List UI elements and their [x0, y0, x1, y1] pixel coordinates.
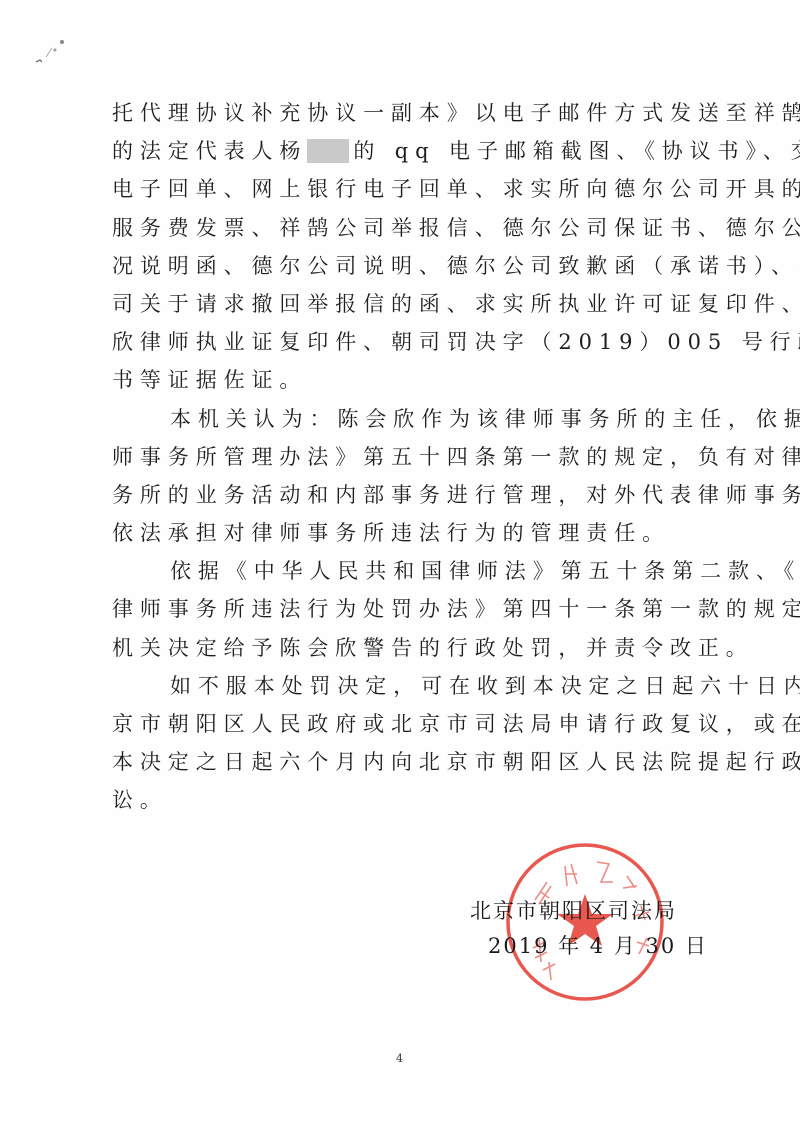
scan-artifact-mark: [28, 22, 78, 72]
text-line: 京市朝阳区人民政府或北京市司法局申请行政复议，或在收到: [112, 705, 698, 743]
text-line: 电子回单、网上银行电子回单、求实所向德尔公司开具的律师: [112, 170, 698, 208]
text-line: 服务费发票、祥鹄公司举报信、德尔公司保证书、德尔公司情: [112, 209, 698, 247]
paragraph-start-line: 依据《中华人民共和国律师法》第五十条第二款、《律师和: [112, 552, 698, 590]
document-page: 托代理协议补充协议一副本》以电子邮件方式发送至祥鹄公司 的法定代表人杨的 qq …: [0, 0, 800, 1133]
text-line: 托代理协议补充协议一副本》以电子邮件方式发送至祥鹄公司: [112, 94, 698, 132]
issue-date: 2019 年 4 月 30 日: [488, 930, 708, 960]
document-body: 托代理协议补充协议一副本》以电子邮件方式发送至祥鹄公司 的法定代表人杨的 qq …: [112, 94, 698, 820]
text-line: 师事务所管理办法》第五十四条第一款的规定，负有对律师事: [112, 438, 698, 476]
text-line: 欣律师执业证复印件、朝司罚决字（2019）005 号行政处罚决定: [112, 323, 698, 361]
text-segment: 的法定代表人杨: [112, 139, 307, 163]
paragraph-start-line: 本机关认为：陈会欣作为该律师事务所的主任，依据《律: [112, 400, 698, 438]
text-line: 本决定之日起六个月内向北京市朝阳区人民法院提起行政诉: [112, 743, 698, 781]
issuing-authority: 北京市朝阳区司法局: [470, 895, 677, 925]
text-segment: 的 qq 电子邮箱截图、《协议书》、交通银行: [353, 139, 800, 163]
text-line: 的法定代表人杨的 qq 电子邮箱截图、《协议书》、交通银行: [112, 132, 698, 170]
text-line: 况说明函、德尔公司说明、德尔公司致歉函（承诺书）、祥鹄公: [112, 247, 698, 285]
text-line: 机关决定给予陈会欣警告的行政处罚，并责令改正。: [112, 629, 698, 667]
text-line: 书等证据佐证。: [112, 361, 698, 399]
paragraph-start-line: 如不服本处罚决定，可在收到本决定之日起六十日内向北: [112, 667, 698, 705]
text-line: 律师事务所违法行为处罚办法》第四十一条第一款的规定，本: [112, 590, 698, 628]
text-line: 司关于请求撤回举报信的函、求实所执业许可证复印件、陈会: [112, 285, 698, 323]
text-line: 讼。: [112, 781, 698, 819]
text-line: 依法承担对律师事务所违法行为的管理责任。: [112, 514, 698, 552]
redaction-box: [307, 139, 349, 163]
text-line: 务所的业务活动和内部事务进行管理，对外代表律师事务所，: [112, 476, 698, 514]
page-number: 4: [396, 1052, 403, 1065]
